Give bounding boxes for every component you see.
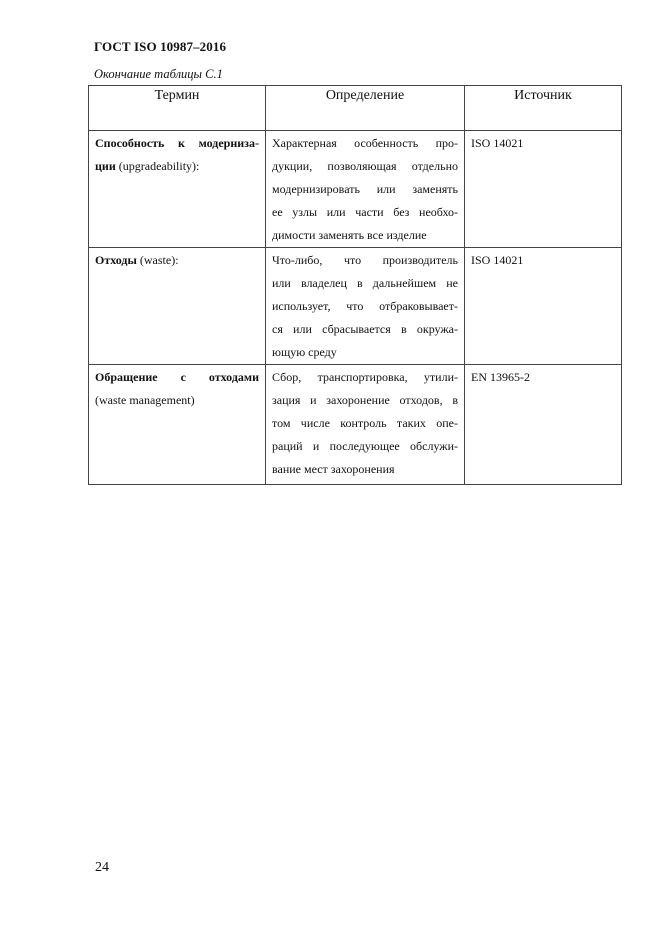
column-header-term: Термин (89, 86, 266, 131)
term-name: Отходы (95, 253, 137, 267)
table-header-row: Термин Определение Источник (89, 86, 622, 131)
definition-line: раций и последующее обслужи- (272, 435, 458, 458)
definition-line: использует, что отбраковывает- (272, 295, 458, 318)
source-cell: ISO 14021 (465, 131, 622, 248)
term-name-cont: ции (95, 159, 116, 173)
definition-line: Что-либо, что производитель (272, 249, 458, 272)
definition-line: Сбор, транспортировка, утили- (272, 366, 458, 389)
document-code: ГОСТ ISO 10987–2016 (94, 39, 226, 55)
page-number: 24 (95, 860, 109, 876)
definition-cell: Характерная особенность про- дукции, поз… (266, 131, 465, 248)
term-english: (upgradeability): (116, 159, 200, 173)
term-cell: Отходы (waste): (89, 248, 266, 365)
terms-table: Термин Определение Источник Способность … (88, 85, 622, 485)
definition-line: модернизировать или заменять (272, 178, 458, 201)
source-cell: EN 13965-2 (465, 365, 622, 485)
table-caption: Окончание таблицы С.1 (94, 67, 223, 82)
definition-line: зация и захоронение отходов, в (272, 389, 458, 412)
definition-line: ее узлы или части без необхо- (272, 201, 458, 224)
column-header-source: Источник (465, 86, 622, 131)
definition-line: или владелец в дальнейшем не (272, 272, 458, 295)
source-cell: ISO 14021 (465, 248, 622, 365)
table-row: Способность к модерниза- ции (upgradeabi… (89, 131, 622, 248)
table-row: Обращение с отходами (waste management) … (89, 365, 622, 485)
definition-line: димости заменять все изделие (272, 224, 458, 247)
definition-line: дукции, позволяющая отдельно (272, 155, 458, 178)
term-name: Способность к модерниза- (95, 136, 259, 150)
term-cell: Обращение с отходами (waste management) (89, 365, 266, 485)
definition-line: ся или сбрасывается в окружа- (272, 318, 458, 341)
definition-line: ющую среду (272, 341, 458, 364)
term-english: (waste): (137, 253, 179, 267)
term-cell: Способность к модерниза- ции (upgradeabi… (89, 131, 266, 248)
term-name: Обращение с отходами (95, 370, 259, 384)
definition-line: том числе контроль таких опе- (272, 412, 458, 435)
definition-cell: Что-либо, что производитель или владелец… (266, 248, 465, 365)
term-english: (waste management) (95, 389, 259, 412)
definition-line: Характерная особенность про- (272, 132, 458, 155)
table-row: Отходы (waste): Что-либо, что производит… (89, 248, 622, 365)
definition-cell: Сбор, транспортировка, утили- зация и за… (266, 365, 465, 485)
column-header-definition: Определение (266, 86, 465, 131)
definition-line: вание мест захоронения (272, 458, 458, 481)
